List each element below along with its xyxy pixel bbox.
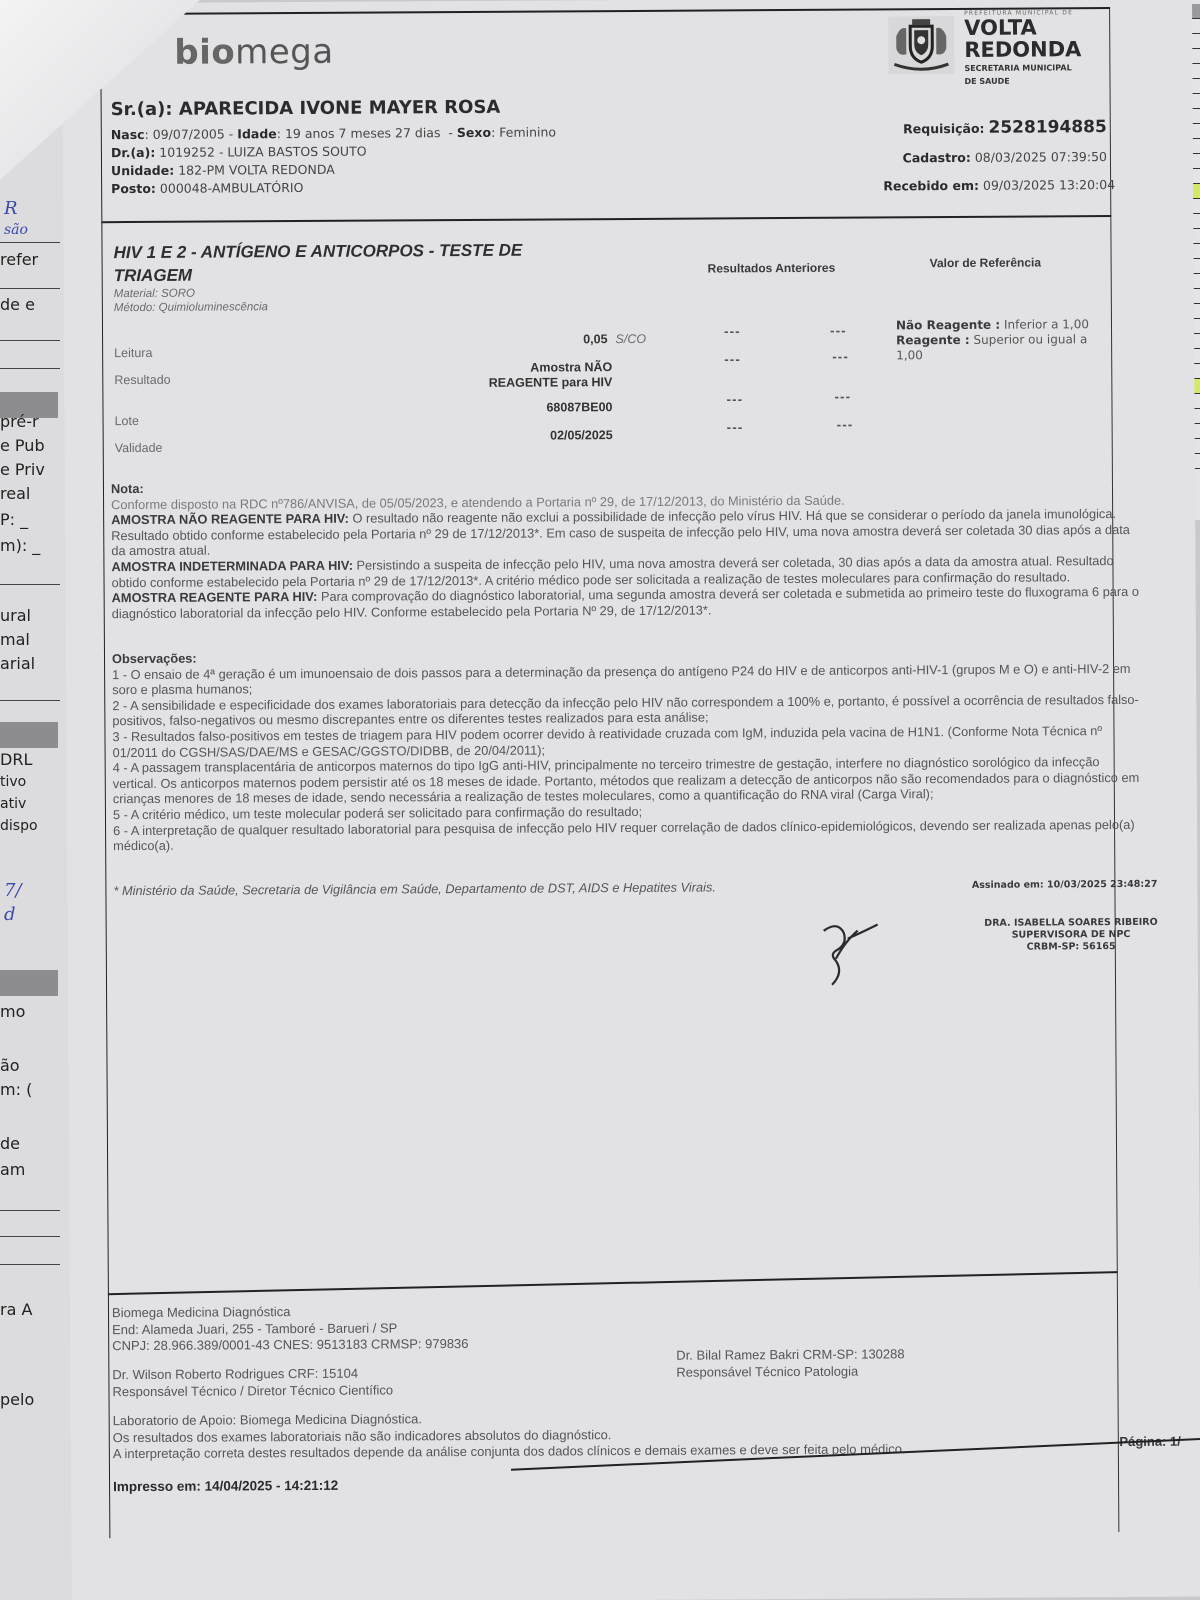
divider [0, 242, 60, 243]
department-name: DE SAUDE [964, 76, 1081, 87]
divider [0, 288, 60, 289]
divider [0, 1210, 60, 1211]
bg-fragment: e Pub [0, 436, 45, 455]
bg-fragment: pelo [0, 1390, 34, 1409]
patient-demographics: Nasc: 09/07/2005 - Idade: 19 anos 7 mese… [111, 124, 556, 142]
bg-fragment: am [0, 1160, 25, 1179]
bg-fragment: pré-r [0, 412, 39, 431]
department-name: SECRETARIA MUNICIPAL [964, 63, 1081, 74]
exam-title: HIV 1 E 2 - ANTÍGENO E ANTICORPOS - TEST… [113, 238, 673, 287]
bg-fragment: ativ [0, 796, 26, 812]
exam-method: Método: Quimioluminescência [114, 301, 268, 314]
row-label-result: Resultado [114, 373, 170, 387]
divider [0, 340, 60, 341]
handwritten-mark: 7/ [4, 880, 22, 901]
row-label-validity: Validade [115, 441, 163, 455]
bg-fragment: ural [0, 606, 31, 625]
bg-fragment: de [0, 1134, 20, 1153]
bg-fragment: mal [0, 630, 30, 649]
previous-result: --- [724, 325, 741, 338]
previous-result: --- [832, 351, 849, 364]
observations-section: Observações: 1 - O ensaio de 4ª geração … [112, 645, 1143, 854]
note-reactive: AMOSTRA REAGENTE PARA HIV: Para comprova… [112, 584, 1142, 621]
collection-post: Posto: 000048-AMBULATÓRIO [111, 180, 303, 196]
bg-fragment: ão [0, 1056, 20, 1075]
bg-fragment: tivo [0, 774, 26, 790]
exam-material: Material: SORO [114, 288, 195, 300]
footer-company-info: Biomega Medicina Diagnóstica End: Alamed… [112, 1303, 469, 1355]
biomega-logo: biomega [174, 32, 334, 73]
footer-pathology-director: Dr. Bilal Ramez Bakri CRM-SP: 130288 Res… [676, 1346, 905, 1380]
signature-icon [814, 918, 894, 988]
footer-tech-director: Dr. Wilson Roberto Rodrigues CRF: 15104 … [112, 1365, 393, 1400]
handwritten-mark: são [4, 222, 28, 238]
signed-timestamp: Assinado em: 10/03/2025 23:48:27 [972, 879, 1158, 891]
received-date: Recebido em: 09/03/2025 13:20:04 [883, 177, 1115, 193]
bg-fragment: real [0, 484, 30, 503]
printed-timestamp: Impresso em: 14/04/2025 - 14:21:12 [113, 1478, 338, 1494]
divider [0, 700, 60, 701]
signer-name: DRA. ISABELLA SOARES RIBEIRO [984, 917, 1157, 930]
grey-band [0, 722, 58, 748]
signer-registry: CRBM-SP: 56165 [984, 941, 1157, 954]
column-reference-value: Valor de Referência [930, 255, 1041, 270]
previous-result: --- [830, 325, 847, 338]
previous-result: --- [834, 391, 851, 404]
validity-value: 02/05/2025 [550, 428, 613, 443]
previous-result: --- [726, 393, 743, 406]
bg-fragment: DRL [0, 750, 32, 769]
bg-fragment: refer [0, 250, 38, 269]
logo-text: mega [235, 32, 334, 73]
unit: Unidade: 182-PM VOLTA REDONDA [111, 162, 335, 178]
bg-fragment: P: _ [0, 510, 28, 529]
previous-result: --- [727, 421, 744, 434]
bg-fragment: arial [0, 654, 35, 673]
bg-fragment: de e [0, 295, 35, 314]
previous-result: --- [724, 353, 741, 366]
municipality-name: REDONDA [964, 38, 1081, 61]
lab-report-page: biomega PREFEITURA MUNICIPAL DE VOLTA RE… [62, 0, 1200, 1600]
municipality-brand: PREFEITURA MUNICIPAL DE VOLTA REDONDA SE… [964, 9, 1082, 87]
divider [0, 1236, 60, 1237]
row-label-reading: Leitura [114, 346, 152, 360]
result-value: Amostra NÃO REAGENTE para HIV [489, 360, 613, 391]
reference-values: Não Reagente : Inferior a 1,00 Reagente … [896, 317, 1106, 363]
grey-band [0, 970, 58, 996]
divider [0, 368, 60, 369]
note-non-reactive: AMOSTRA NÃO REAGENTE PARA HIV: O resulta… [111, 506, 1141, 559]
bg-fragment: m: ( [0, 1080, 32, 1099]
registration-date: Cadastro: 08/03/2025 07:39:50 [903, 149, 1107, 165]
bg-fragment: e Priv [0, 460, 45, 479]
reading-value: 0,05S/CO [583, 332, 646, 347]
coat-of-arms-icon [888, 16, 954, 74]
patient-name: Sr.(a): APARECIDA IVONE MAYER ROSA [111, 97, 501, 120]
bg-fragment: mo [0, 1002, 25, 1021]
handwritten-mark: d [4, 904, 16, 925]
bg-fragment: ra A [0, 1300, 32, 1319]
divider [0, 584, 60, 585]
bg-fragment: dispo [0, 818, 38, 834]
footer-disclaimer: Laboratorio de Apoio: Biomega Medicina D… [113, 1408, 906, 1462]
signer-block: DRA. ISABELLA SOARES RIBEIRO SUPERVISORA… [984, 917, 1158, 954]
lot-value: 68087BE00 [546, 400, 612, 415]
municipality-name: VOLTA [964, 16, 1081, 39]
row-label-lot: Lote [115, 414, 139, 428]
request-number: Requisição: 2528194885 [903, 117, 1107, 138]
handwritten-mark: R [4, 198, 18, 219]
observation-item: 6 - A interpretação de qualquer resultad… [113, 816, 1143, 853]
bg-fragment: m): _ [0, 536, 40, 555]
column-previous-results: Resultados Anteriores [708, 261, 836, 276]
divider [0, 1264, 60, 1265]
signer-role: SUPERVISORA DE NPC [984, 929, 1157, 942]
note-section: Nota: Conforme disposto na RDC nº786/ANV… [111, 475, 1142, 622]
previous-result: --- [837, 419, 854, 432]
requesting-doctor: Dr.(a): 1019252 - LUIZA BASTOS SOUTO [111, 144, 367, 161]
observation-item: 4 - A passagem transplacentária de antic… [113, 754, 1143, 807]
